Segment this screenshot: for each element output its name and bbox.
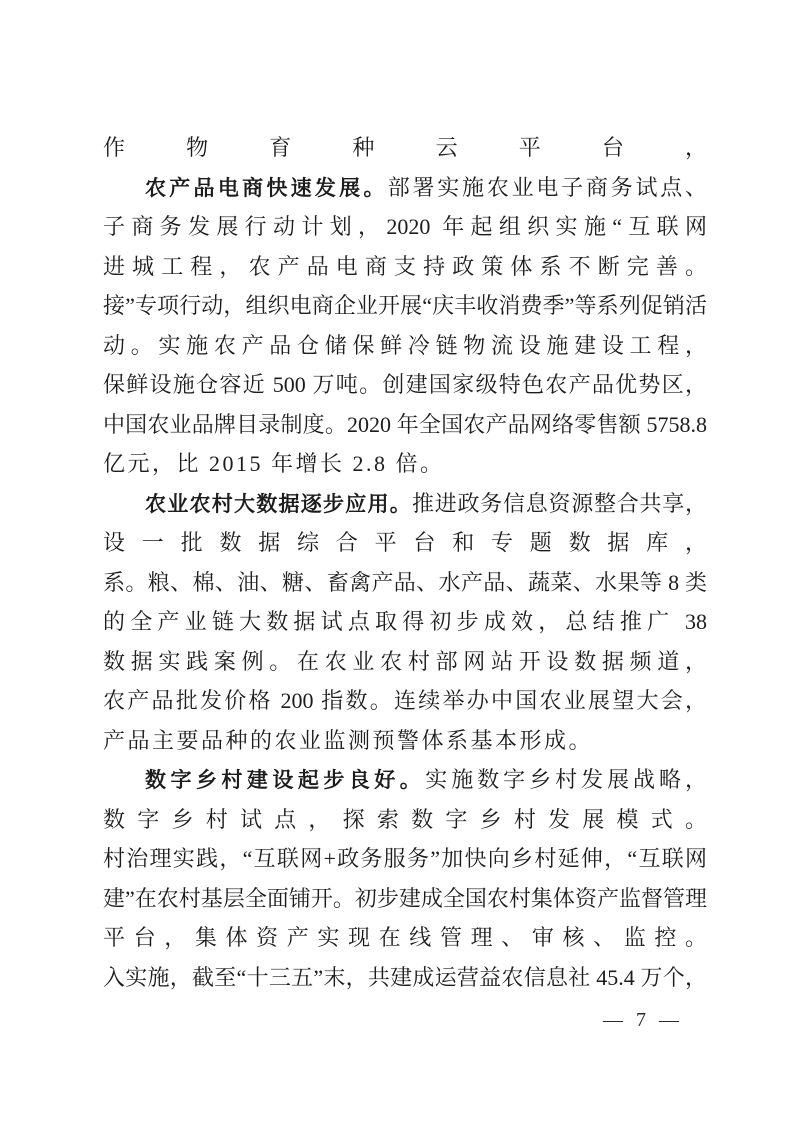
line-text: 数字乡村试点，探索数字乡村发展模式。开展形式多样的数字乡 <box>103 807 707 840</box>
line-text: 设一批数据综合平台和专题数据库，初步构建农业农村大数据体 <box>103 530 707 563</box>
text-line: 数据实践案例。在农业农村部网站开设数据频道，编制发布全国 <box>103 642 707 682</box>
text-line: 进城工程，农产品电商支持政策体系不断完善。开展电商“平台对 <box>103 247 707 287</box>
line-text: 村治理实践，“互联网+政务服务”加快向乡村延伸，“互联网+党 <box>103 846 707 879</box>
line-text: 子商务发展行动计划，2020 年起组织实施“互联网+”农产品出村 <box>103 214 707 247</box>
line-text: 系。粮、棉、油、糖、畜禽产品、水产品、蔬菜、水果等 8 类 15 个品种 <box>103 570 707 603</box>
line-text: 亿元，比 2015 年增长 2.8 倍。 <box>103 451 445 476</box>
text-line: 系。粮、棉、油、糖、畜禽产品、水产品、蔬菜、水果等 8 类 15 个品种 <box>103 563 707 603</box>
text-line: 作物育种云平台，建成国家农产品质量安全追溯管理信息平台。 <box>103 128 707 168</box>
paragraph-lead: 农产品电商快速发展。 <box>145 176 388 200</box>
text-line: 子商务发展行动计划，2020 年起组织实施“互联网+”农产品出村 <box>103 207 707 247</box>
line-text: 产品主要品种的农业监测预警体系基本形成。 <box>103 728 593 753</box>
line-text: 农产品批发价格 200 指数。连续举办中国农业展望大会，覆盖农 <box>103 688 707 721</box>
line-text: 接”专项行动，组织电商企业开展“庆丰收消费季”等系列促销活 <box>103 293 707 318</box>
text-line: 保鲜设施仓容近 500 万吨。创建国家级特色农产品优势区，建立 <box>103 365 707 405</box>
paragraph-lead: 数字乡村建设起步良好。 <box>145 768 425 792</box>
text-line: 入实施，截至“十三五”末，共建成运营益农信息社 45.4 万个，累计 <box>103 958 707 998</box>
text-line: 产品主要品种的农业监测预警体系基本形成。 <box>103 721 707 761</box>
text-line: 农产品电商快速发展。部署实施农业电子商务试点、农业电 <box>103 168 707 208</box>
line-text: 作物育种云平台，建成国家农产品质量安全追溯管理信息平台。 <box>103 135 707 168</box>
text-line: 亿元，比 2015 年增长 2.8 倍。 <box>103 444 707 484</box>
text-line: 农业农村大数据逐步应用。推进政务信息资源整合共享，建 <box>103 484 707 524</box>
line-text: 中国农业品牌目录制度。2020 年全国农产品网络零售额 5758.8 <box>103 412 707 437</box>
text-line: 动。实施农产品仓储保鲜冷链物流设施建设工程，新增产地冷藏 <box>103 326 707 366</box>
document-page: 作物育种云平台，建成国家农产品质量安全追溯管理信息平台。农产品电商快速发展。部署… <box>0 0 794 1123</box>
line-text: 保鲜设施仓容近 500 万吨。创建国家级特色农产品优势区，建立 <box>103 372 707 405</box>
text-line: 平台，集体资产实现在线管理、审核、监控。信息进村入户工程深 <box>103 918 707 958</box>
text-line: 中国农业品牌目录制度。2020 年全国农产品网络零售额 5758.8 <box>103 405 707 445</box>
text-line: 数字乡村建设起步良好。实施数字乡村发展战略，开展国家 <box>103 760 707 800</box>
page-number: — 7 — <box>603 1008 683 1032</box>
text-line: 农产品批发价格 200 指数。连续举办中国农业展望大会，覆盖农 <box>103 681 707 721</box>
paragraph-lead: 农业农村大数据逐步应用。 <box>145 492 412 516</box>
line-text: 建”在农村基层全面铺开。初步建成全国农村集体资产监督管理 <box>103 886 707 911</box>
line-text: 的全产业链大数据试点取得初步成效，总结推广 38 项农业农村大 <box>103 609 707 642</box>
text-line: 村治理实践，“互联网+政务服务”加快向乡村延伸，“互联网+党 <box>103 839 707 879</box>
text-line: 数字乡村试点，探索数字乡村发展模式。开展形式多样的数字乡 <box>103 800 707 840</box>
text-line: 建”在农村基层全面铺开。初步建成全国农村集体资产监督管理 <box>103 879 707 919</box>
text-block: 作物育种云平台，建成国家农产品质量安全追溯管理信息平台。农产品电商快速发展。部署… <box>103 128 707 997</box>
line-text: 动。实施农产品仓储保鲜冷链物流设施建设工程，新增产地冷藏 <box>103 333 707 366</box>
line-text: 入实施，截至“十三五”末，共建成运营益农信息社 45.4 万个，累计 <box>103 965 707 998</box>
line-text: 进城工程，农产品电商支持政策体系不断完善。开展电商“平台对 <box>103 254 707 287</box>
line-text: 平台，集体资产实现在线管理、审核、监控。信息进村入户工程深 <box>103 925 707 958</box>
text-line: 的全产业链大数据试点取得初步成效，总结推广 38 项农业农村大 <box>103 602 707 642</box>
text-line: 设一批数据综合平台和专题数据库，初步构建农业农村大数据体 <box>103 523 707 563</box>
text-line: 接”专项行动，组织电商企业开展“庆丰收消费季”等系列促销活 <box>103 286 707 326</box>
line-text: 数据实践案例。在农业农村部网站开设数据频道，编制发布全国 <box>103 649 707 682</box>
